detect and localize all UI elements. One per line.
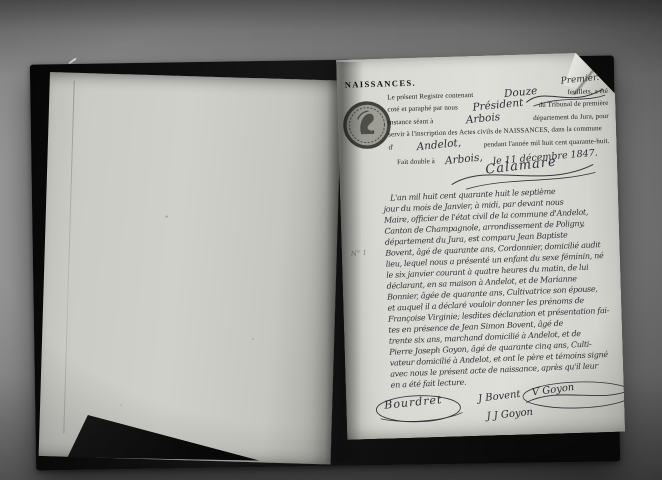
tribunal-seal-stamp xyxy=(340,98,394,152)
signature-witness-2: J J Goyon xyxy=(486,407,533,423)
archive-photo: { "scene": { "description": "Photograph … xyxy=(0,0,662,480)
paper-speck xyxy=(166,215,168,217)
printed-text: Le présent Registre contenant xyxy=(387,91,473,102)
paper-speck xyxy=(252,338,254,340)
page-crease-line xyxy=(63,81,74,434)
register-right-page: NAISSANCES. Premier. Le présent Registre… xyxy=(336,52,625,440)
page-title: NAISSANCES. xyxy=(345,78,417,90)
printed-text: d' xyxy=(388,143,393,151)
signatures-block: Bourdret J Bovent V Goyon J J Goyon xyxy=(374,382,619,437)
printed-text: coté et paraphé par nous xyxy=(387,104,458,114)
printed-text: du Tribunal de première xyxy=(539,99,609,109)
printed-text: département du Jura, pour xyxy=(533,112,609,122)
printed-text: feuillets, a été xyxy=(567,87,608,96)
printed-text: Fait double à xyxy=(397,157,435,166)
paper-speck xyxy=(120,404,122,406)
signature-father: J Bovent xyxy=(478,389,522,405)
left-blank-page xyxy=(39,72,342,464)
birth-act-text: L'an mil huit cent quarante huit le sept… xyxy=(383,184,619,391)
handwritten-fill-tribunal-town: Arbois xyxy=(466,111,501,126)
act-margin-number: N° 1 xyxy=(350,249,367,258)
printed-text: instance séant à xyxy=(388,117,434,126)
